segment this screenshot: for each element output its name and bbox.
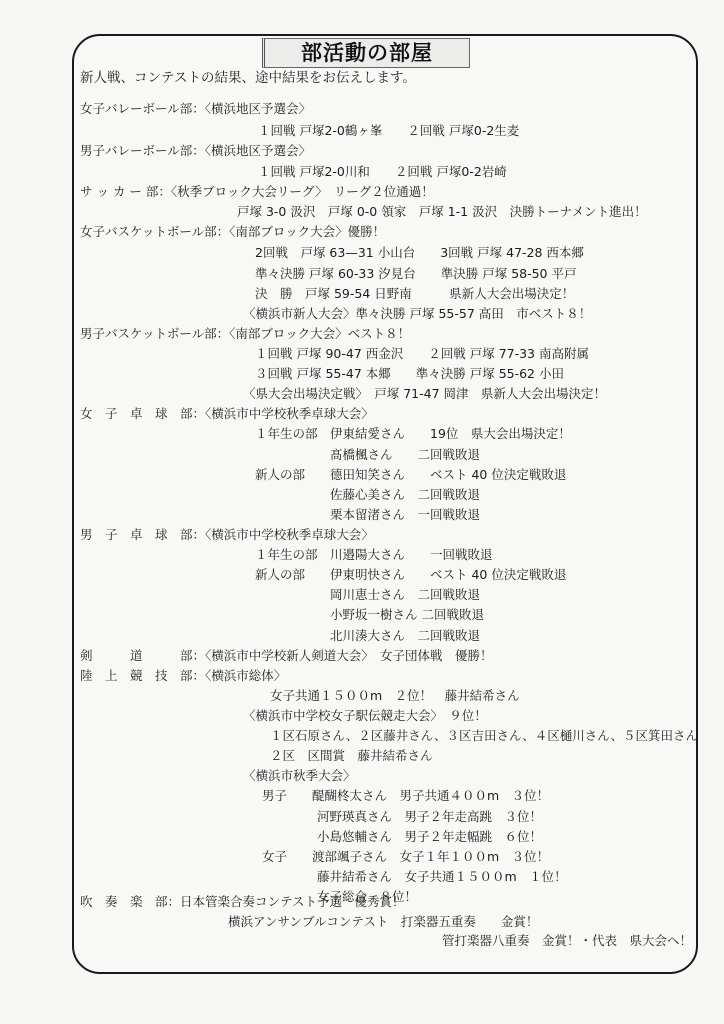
- result-line: ２区 区間賞 藤井結希さん: [270, 747, 433, 764]
- result-line: 佐藤心美さん 二回戦敗退: [330, 486, 480, 503]
- result-line: 男 子 卓 球 部：〈横浜市中学校秋季卓球大会〉: [80, 526, 374, 543]
- result-line: 準々決勝 戸塚 60-33 汐見台 準決勝 戸塚 58-50 平戸: [255, 265, 577, 282]
- result-line: 女子バレーボール部：〈横浜地区予選会〉: [80, 100, 311, 117]
- result-line: 小野坂一樹さん 二回戦敗退: [330, 606, 484, 623]
- result-line: 岡川恵士さん 二回戦敗退: [330, 586, 480, 603]
- result-line: 小島悠輔さん 男子２年走幅跳 ６位！: [317, 828, 542, 845]
- result-line: 女子共通１５００m ２位！ 藤井結希さん: [270, 687, 520, 704]
- band-line-2: 横浜アンサンブルコンテスト 打楽器五重奏 金賞！: [228, 913, 538, 930]
- result-line: 〈横浜市中学校女子駅伝競走大会〉 ９位！: [243, 707, 487, 724]
- result-line: 〈県大会出場決定戦〉 戸塚 71-47 岡津 県新人大会出場決定！: [243, 385, 606, 402]
- result-line: 男子バレーボール部：〈横浜地区予選会〉: [80, 142, 311, 159]
- result-line: 栗本留渚さん 一回戦敗退: [330, 506, 480, 523]
- result-line: 男子 醍醐柊太さん 男子共通４００m ３位！: [262, 787, 549, 804]
- result-line: 男子バスケットボール部：〈南部ブロック大会〉ベスト８！: [80, 325, 410, 342]
- result-line: 2回戦 戸塚 63—31 小山台 3回戦 戸塚 47-28 西本郷: [255, 244, 584, 261]
- result-line: １年生の部 川邉陽大さん 一回戦敗退: [255, 546, 493, 563]
- result-line: サ ッ カ ー 部：〈秋季ブロック大会リーグ〉 リーグ２位通過！: [80, 183, 434, 200]
- result-line: 女子バスケットボール部：〈南部ブロック大会〉優勝！: [80, 223, 385, 240]
- result-line: 河野瑛真さん 男子２年走高跳 ３位！: [317, 808, 542, 825]
- band-line-1: 吹 奏 楽 部：日本管楽合奏コンテスト予選 優秀賞！: [80, 893, 405, 910]
- result-line: ３回戦 戸塚 55-47 本郷 準々決勝 戸塚 55-62 小田: [255, 365, 564, 382]
- result-line: 〈横浜市新人大会〉準々決勝 戸塚 55-57 高田 市ベスト８！: [243, 305, 591, 322]
- result-line: 新人の部 德田知笑さん ベスト 40 位決定戦敗退: [255, 466, 566, 483]
- result-line: 新人の部 伊東明快さん ベスト 40 位決定戦敗退: [255, 566, 566, 583]
- result-line: 決 勝 戸塚 59-54 日野南 県新人大会出場決定！: [255, 285, 574, 302]
- result-line: 北川湊大さん 二回戦敗退: [330, 627, 480, 644]
- result-line: 剣 道 部：〈横浜市中学校新人剣道大会〉 女子団体戦 優勝！: [80, 647, 493, 664]
- result-line: １回戦 戸塚2-0川和 ２回戦 戸塚0-2岩崎: [258, 163, 507, 180]
- result-line: １区石原さん、２区藤井さん、３区吉田さん、４区樋川さん、５区箕田さん: [270, 727, 698, 744]
- result-line: １年生の部 伊東結愛さん 19位 県大会出場決定！: [255, 425, 571, 442]
- result-line: １回戦 戸塚 90-47 西金沢 ２回戦 戸塚 77-33 南高附属: [255, 345, 589, 362]
- page-title: 部活動の部屋: [301, 41, 433, 65]
- result-line: 女 子 卓 球 部：〈横浜市中学校秋季卓球大会〉: [80, 405, 374, 422]
- result-line: 戸塚 3-0 汲沢 戸塚 0-0 領家 戸塚 1-1 汲沢 決勝トーナメント進出…: [237, 203, 647, 220]
- intro-text: 新人戦、コンテストの結果、途中結果をお伝えします。: [80, 70, 416, 87]
- result-line: 藤井結希さん 女子共通１５００m １位！: [317, 868, 567, 885]
- result-line: 髙橋楓さん 二回戦敗退: [330, 446, 480, 463]
- title-banner: 部活動の部屋: [262, 38, 470, 68]
- band-line-3: 管打楽器八重奏 金賞！・代表 県大会へ！: [442, 932, 692, 949]
- result-line: １回戦 戸塚2-0鶴ヶ峯 ２回戦 戸塚0-2生麦: [258, 122, 519, 139]
- result-line: 〈横浜市秋季大会〉: [243, 767, 356, 784]
- result-line: 陸 上 競 技 部：〈横浜市総体〉: [80, 667, 286, 684]
- result-line: 女子 渡部颯子さん 女子１年１００m ３位！: [262, 848, 549, 865]
